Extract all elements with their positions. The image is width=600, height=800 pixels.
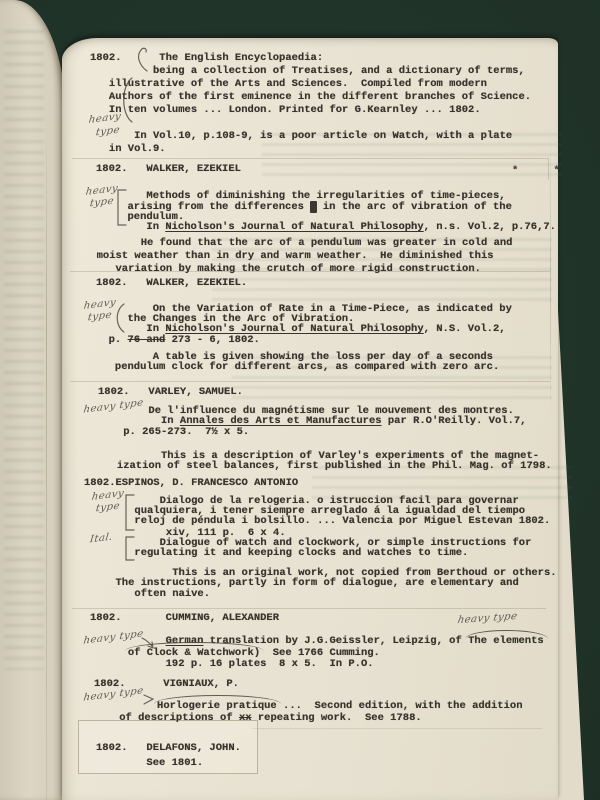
typed-line: In Nicholson's Journal of Natural Philos… [96, 221, 556, 233]
entry-heading: 1802. VARLEY, SAMUEL. [98, 386, 243, 398]
entry-heading: 1802. DELAFONS, JOHN. [96, 742, 241, 754]
typed-line: reloj de péndula i bolsillo. ... Valenci… [84, 515, 550, 527]
typed-line: See 1801. [96, 757, 203, 769]
margin-note-heavy: heavy [88, 112, 122, 126]
typed-line: in Vol.9. [90, 143, 166, 155]
struck-text: xx [239, 712, 252, 724]
margin-marks: * * [512, 165, 562, 177]
typed-line: pendulum clock for different arcs, as co… [96, 361, 499, 373]
typed-line: p. 76 and 273 - 6, 1802. [96, 334, 260, 346]
overlined-title-part: Horlogerie pratique [157, 700, 277, 712]
typed-line: often naive. [84, 588, 210, 600]
page-crease [46, 110, 47, 800]
page-bottom-edge-wedge [558, 310, 584, 800]
typed-line: Authors of the first eminence in the dif… [90, 91, 531, 103]
showthrough-text-smudge [4, 30, 44, 670]
typed-line: illustrative of the Arts and Sciences. C… [90, 78, 487, 90]
typed-line: variation by making the crutch of more r… [84, 263, 481, 275]
typed-line: ization of steel balances, first publish… [98, 460, 552, 472]
typed-line: Horlogerie pratique ... Second edition, … [94, 700, 523, 712]
typed-line: In Vol.10, p.108-9, is a poor article on… [90, 130, 512, 142]
margin-note-heavy-type-right: heavy type [457, 612, 518, 626]
entry-heading: 1802. WALKER, EZEKIEL. [96, 277, 247, 289]
struck-text: 76 and [128, 334, 166, 346]
entry-heading: 1802. CUMMING, ALEXANDER [90, 612, 279, 624]
typed-line: p. 265-273. 7½ x 5. [98, 426, 249, 438]
typed-line: 192 p. 16 plates 8 x 5. In P.O. [90, 658, 374, 670]
slip-edge [72, 608, 546, 609]
previous-page-edge [0, 0, 66, 800]
photographed-catalog-page: { "photo": { "cover_color": "#1f3127", "… [0, 0, 600, 800]
overlined-title-part: The elements [468, 635, 544, 647]
slip-edge [72, 158, 548, 159]
entry-heading: 1802.ESPINOS, D. FRANCESCO ANTONIO [84, 477, 298, 489]
typed-line: In ten volumes ... London. Printed for G… [90, 104, 481, 116]
typed-line: being a collection of Treatises, and a d… [90, 65, 525, 77]
entry-heading: 1802. The English Encyclopaedia: [90, 52, 323, 64]
catalog-page: 1802. The English Encyclopaedia: being a… [62, 38, 558, 800]
slip-edge [70, 381, 550, 382]
underlined-journal-title: Nicholson's Journal of Natural Philosoph… [165, 221, 423, 233]
typed-line: regulating it and keeping clocks and wat… [84, 547, 468, 559]
entry-heading: 1802. WALKER, EZEKIEL [96, 163, 241, 175]
handwritten-bracket [118, 76, 134, 124]
typed-line: of descriptions of xx repeating work. Se… [94, 712, 422, 724]
slip-edge [252, 728, 542, 729]
typed-line: moist weather than in dry and warm weath… [84, 250, 494, 262]
typed-line: He found that the arc of a pendulum was … [84, 237, 512, 249]
